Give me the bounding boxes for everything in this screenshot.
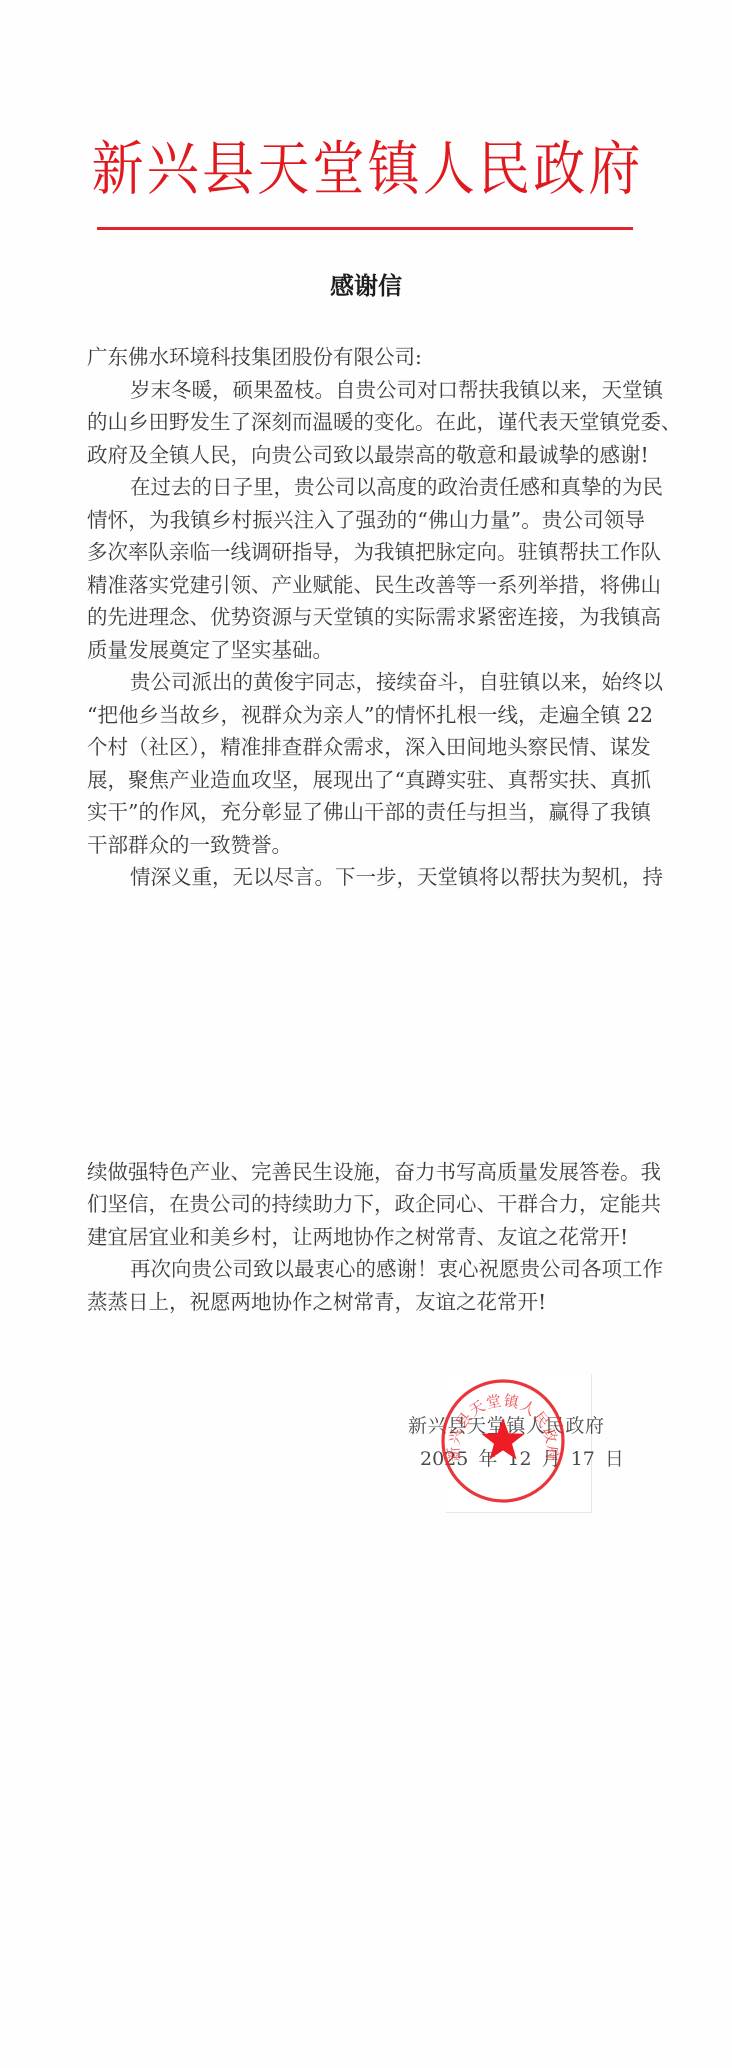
letterhead-char: 人 xyxy=(421,134,476,206)
body-line: 再次向贵公司致以最衷心的感谢！衷心祝愿贵公司各项工作 xyxy=(130,1253,645,1285)
letterhead-char: 堂 xyxy=(311,134,366,206)
letterhead-char: 天 xyxy=(256,134,311,206)
document-heading: 感谢信 xyxy=(0,270,732,302)
body-line: 个村（社区），精准排查群众需求，深入田间地头察民情、谋发 xyxy=(87,731,645,763)
body-line: 质量发展奠定了坚实基础。 xyxy=(87,634,645,666)
body-line: 精准落实党建引领、产业赋能、民生改善等一系列举措，将佛山 xyxy=(87,569,645,601)
letterhead-char: 镇 xyxy=(366,134,421,206)
letterhead-char: 兴 xyxy=(145,134,200,206)
letterhead-char: 政 xyxy=(532,134,587,206)
body-line: 的山乡田野发生了深刻而温暖的变化。在此，谨代表天堂镇党委、 xyxy=(87,406,645,438)
body-line: 干部群众的一致赞誉。 xyxy=(87,829,645,861)
body-line: 多次率队亲临一线调研指导，为我镇把脉定向。驻镇帮扶工作队 xyxy=(87,536,645,568)
letter-page: 新 兴 县 天 堂 镇 人 民 政 府 感谢信 广东佛水环境科技集团股份有限公司… xyxy=(0,0,732,2068)
body-line: 实干”的作风，充分彰显了佛山干部的责任与担当，赢得了我镇 xyxy=(87,796,645,828)
signature-date: 2025 年 12 月 17 日 xyxy=(420,1443,586,1475)
letterhead-char: 民 xyxy=(476,134,531,206)
letterhead-char: 府 xyxy=(587,134,642,206)
letterhead-char: 县 xyxy=(200,134,255,206)
body-line: 们坚信，在贵公司的持续助力下，政企同心、干群合力，定能共 xyxy=(87,1188,645,1220)
letterhead-title: 新 兴 县 天 堂 镇 人 民 政 府 xyxy=(90,138,642,202)
body-line: 岁末冬暖，硕果盈枝。自贵公司对口帮扶我镇以来，天堂镇 xyxy=(130,374,645,406)
body-line: 政府及全镇人民，向贵公司致以最崇高的敬意和最诚挚的感谢! xyxy=(87,439,645,471)
body-line: 展，聚焦产业造血攻坚，展现出了“真蹲实驻、真帮实扶、真抓 xyxy=(87,764,645,796)
signature-organization: 新兴县天堂镇人民政府 xyxy=(408,1410,604,1442)
body-line: 蒸蒸日上，祝愿两地协作之树常青，友谊之花常开! xyxy=(87,1286,645,1318)
body-line: 的先进理念、优势资源与天堂镇的实际需求紧密连接，为我镇高 xyxy=(87,601,645,633)
body-line: 情怀，为我镇乡村振兴注入了强劲的“佛山力量”。贵公司领导 xyxy=(87,504,645,536)
body-line: 贵公司派出的黄俊宇同志，接续奋斗，自驻镇以来，始终以 xyxy=(130,666,645,698)
body-line: 建宜居宜业和美乡村，让两地协作之树常青、友谊之花常开! xyxy=(87,1221,645,1253)
letterhead-char: 新 xyxy=(90,134,145,206)
body-line: 情深义重，无以尽言。下一步，天堂镇将以帮扶为契机，持 xyxy=(130,861,645,893)
body-line: 续做强特色产业、完善民生设施，奋力书写高质量发展答卷。我 xyxy=(87,1156,645,1188)
body-line: 在过去的日子里，贵公司以高度的政治责任感和真挚的为民 xyxy=(130,471,645,503)
body-line: “把他乡当故乡，视群众为亲人”的情怀扎根一线，走遍全镇 22 xyxy=(87,699,645,731)
salutation: 广东佛水环境科技集团股份有限公司: xyxy=(87,341,645,373)
letterhead-divider xyxy=(97,227,633,230)
